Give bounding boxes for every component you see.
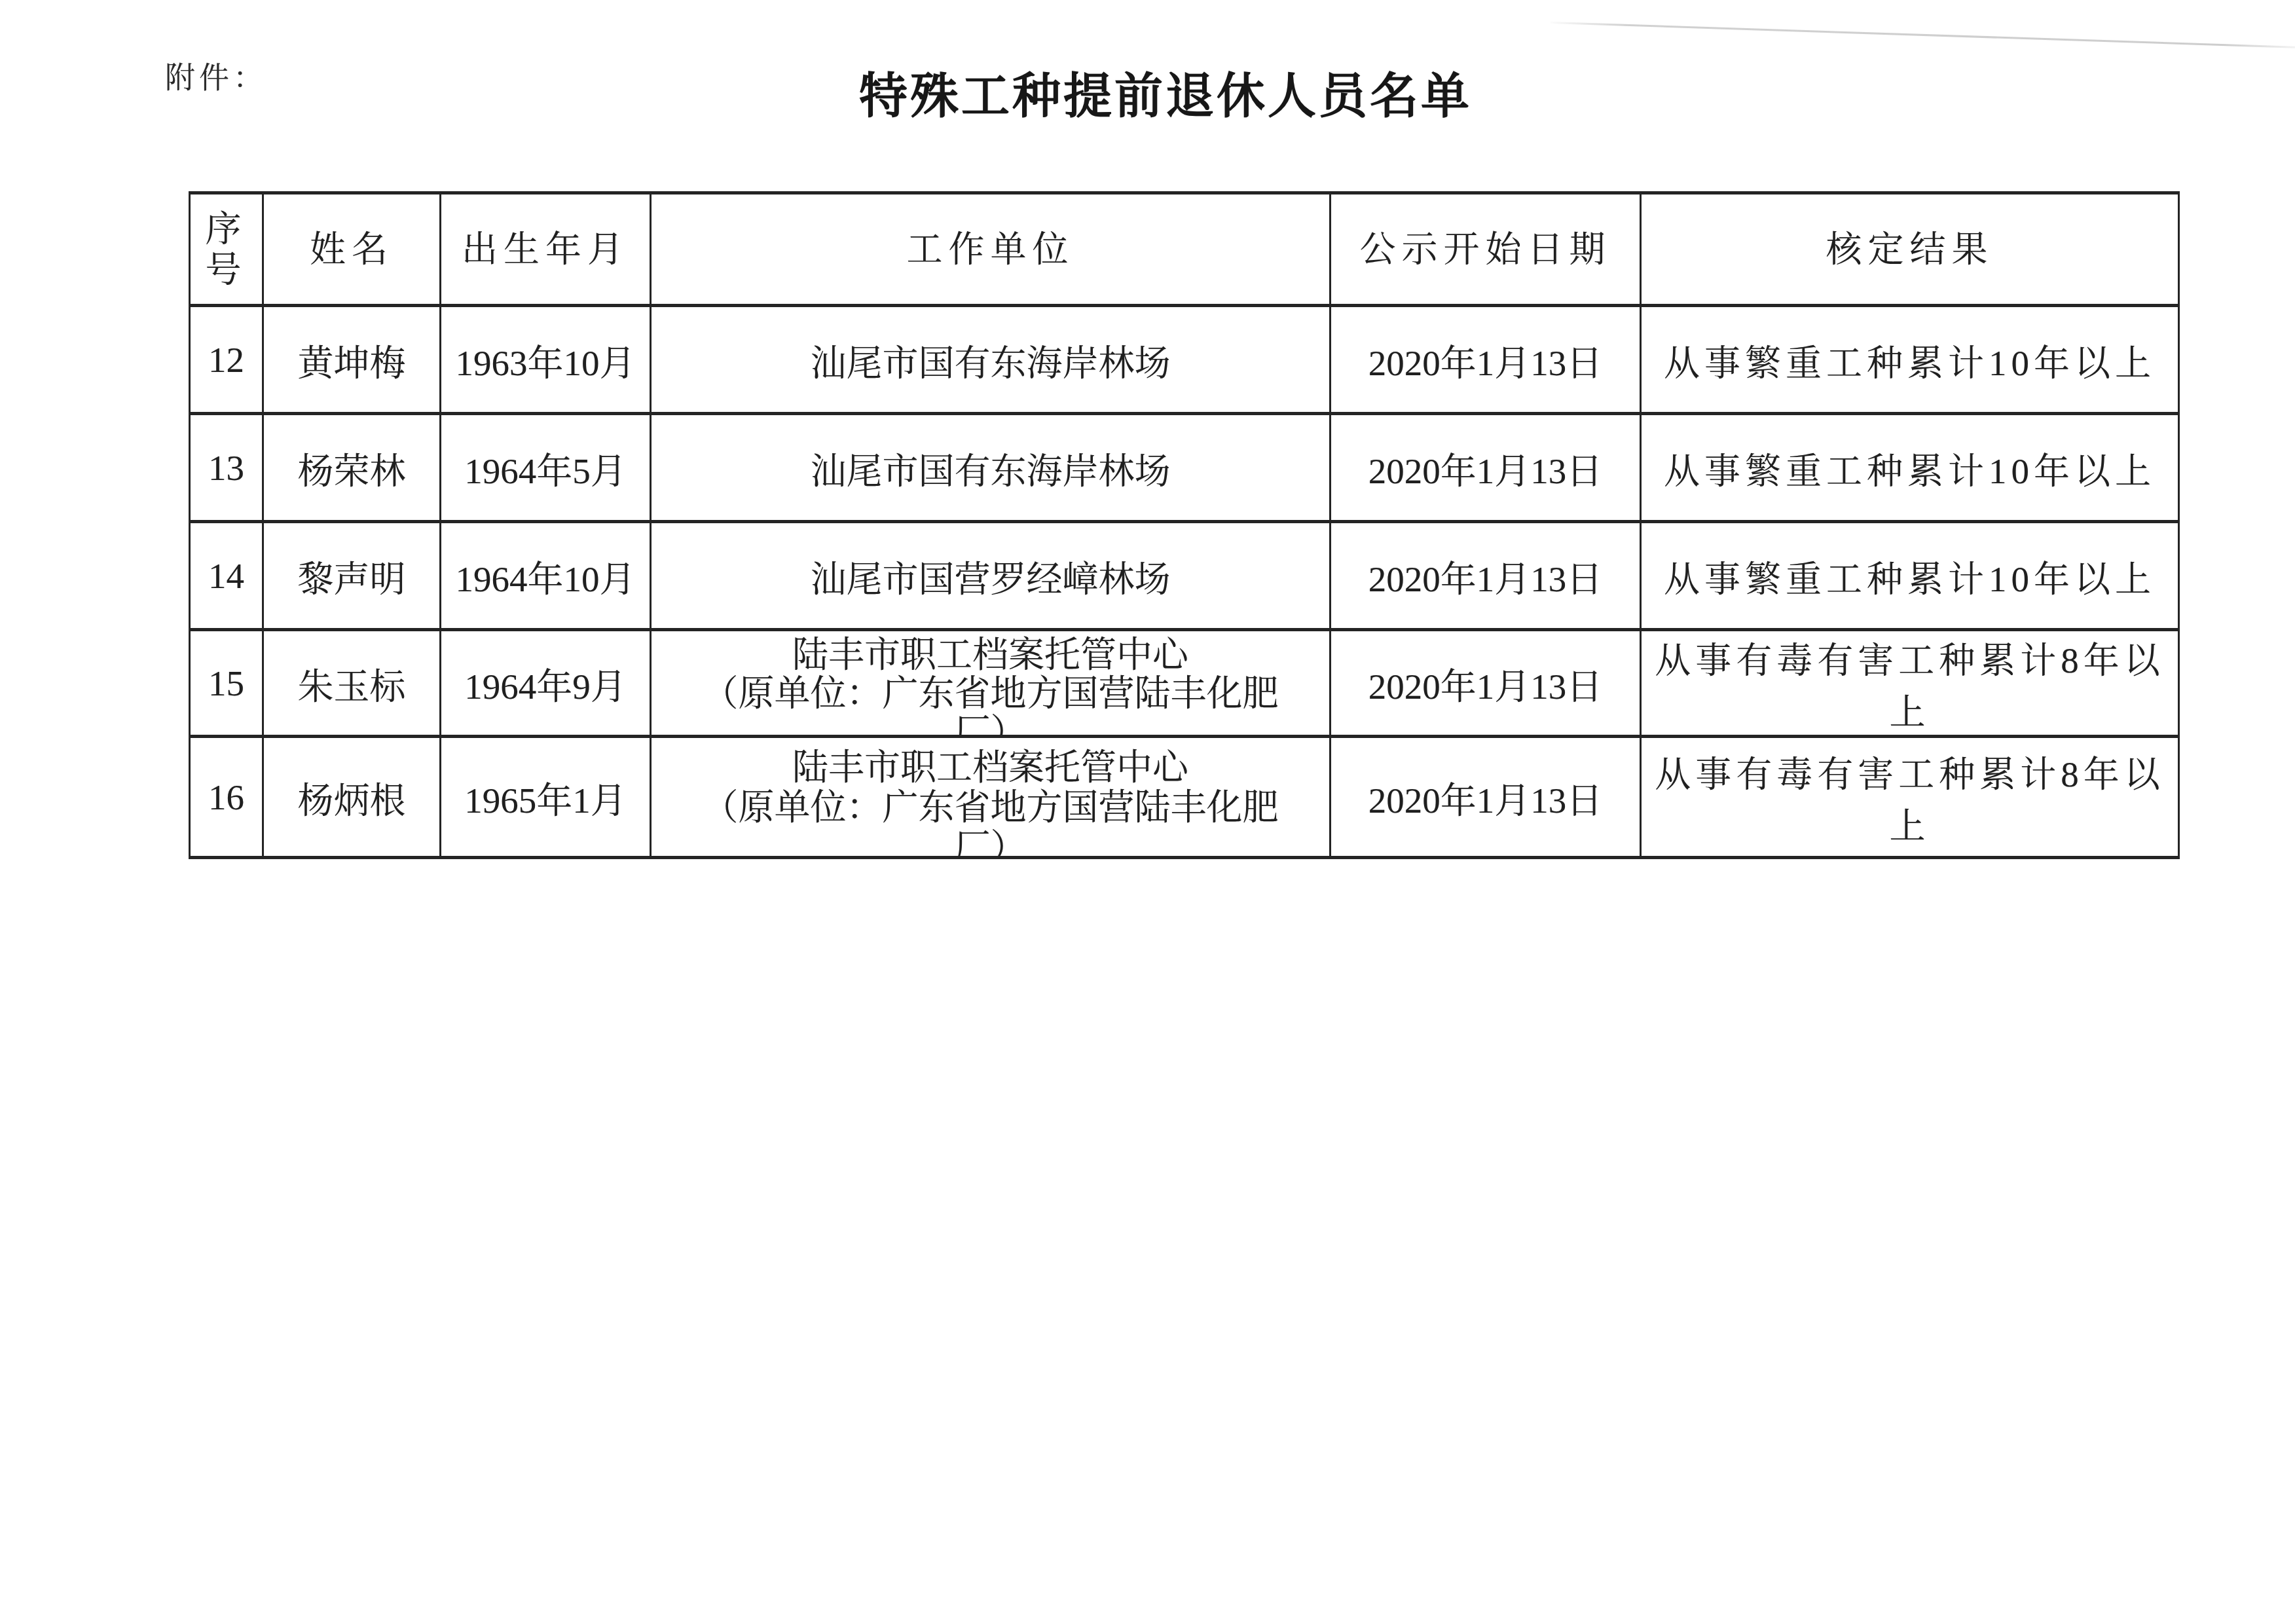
cell-unit: 陆丰市职工档案托管中心 （原单位：广东省地方国营陆丰化肥 厂） — [651, 737, 1331, 858]
table-header-row: 序号 姓名 出生年月 工作单位 公示开始日期 核定结果 — [190, 193, 2179, 306]
cell-birth: 1964年5月 — [441, 414, 651, 522]
page-title: 特殊工种提前退休人员名单 — [859, 58, 1472, 127]
cell-unit-text: 陆丰市职工档案托管中心 （原单位：广东省地方国营陆丰化肥 厂） — [657, 632, 1324, 735]
table-row: 13 杨荣林 1964年5月 汕尾市国有东海岸林场 2020年1月13日 从事繁… — [190, 414, 2179, 522]
cell-index: 14 — [190, 522, 263, 630]
cell-index: 15 — [190, 630, 263, 737]
cell-result: 从事有毒有害工种累计8年以上 — [1641, 630, 2179, 737]
cell-name: 黎声明 — [263, 522, 441, 630]
header-col-index: 序号 — [190, 193, 263, 306]
cell-publicity-date: 2020年1月13日 — [1331, 630, 1641, 737]
header-col-unit: 工作单位 — [651, 193, 1331, 306]
cell-name: 朱玉标 — [263, 630, 441, 737]
cell-index: 12 — [190, 306, 263, 414]
cell-unit: 汕尾市国有东海岸林场 — [651, 414, 1331, 522]
retirement-roster-table: 序号 姓名 出生年月 工作单位 公示开始日期 核定结果 12 黄坤梅 1963年… — [189, 191, 2180, 859]
cell-index: 13 — [190, 414, 263, 522]
scanned-document-page: 附件： 特殊工种提前退休人员名单 序号 姓名 出生年月 工作单位 公示开始日期 … — [0, 0, 2295, 1624]
header-col-result: 核定结果 — [1641, 193, 2179, 306]
cell-result: 从事有毒有害工种累计8年以上 — [1641, 737, 2179, 858]
scan-artifact-line — [1551, 22, 2295, 48]
cell-publicity-date: 2020年1月13日 — [1331, 414, 1641, 522]
table-row: 16 杨炳根 1965年1月 陆丰市职工档案托管中心 （原单位：广东省地方国营陆… — [190, 737, 2179, 858]
cell-result: 从事繁重工种累计10年以上 — [1641, 414, 2179, 522]
cell-birth: 1964年9月 — [441, 630, 651, 737]
header-col-publicity-date: 公示开始日期 — [1331, 193, 1641, 306]
cell-publicity-date: 2020年1月13日 — [1331, 306, 1641, 414]
cell-unit: 陆丰市职工档案托管中心 （原单位：广东省地方国营陆丰化肥 厂） — [651, 630, 1331, 737]
cell-name: 杨荣林 — [263, 414, 441, 522]
cell-result: 从事繁重工种累计10年以上 — [1641, 306, 2179, 414]
cell-birth: 1963年10月 — [441, 306, 651, 414]
cell-name: 黄坤梅 — [263, 306, 441, 414]
header-col-name: 姓名 — [263, 193, 441, 306]
table-row: 15 朱玉标 1964年9月 陆丰市职工档案托管中心 （原单位：广东省地方国营陆… — [190, 630, 2179, 737]
attachment-label: 附件： — [165, 54, 267, 97]
cell-publicity-date: 2020年1月13日 — [1331, 737, 1641, 858]
table-row: 14 黎声明 1964年10月 汕尾市国营罗经嶂林场 2020年1月13日 从事… — [190, 522, 2179, 630]
cell-birth: 1965年1月 — [441, 737, 651, 858]
cell-name: 杨炳根 — [263, 737, 441, 858]
cell-unit: 汕尾市国有东海岸林场 — [651, 306, 1331, 414]
table-row: 12 黄坤梅 1963年10月 汕尾市国有东海岸林场 2020年1月13日 从事… — [190, 306, 2179, 414]
cell-publicity-date: 2020年1月13日 — [1331, 522, 1641, 630]
header-col-birth: 出生年月 — [441, 193, 651, 306]
cell-birth: 1964年10月 — [441, 522, 651, 630]
cell-result: 从事繁重工种累计10年以上 — [1641, 522, 2179, 630]
cell-unit-text: 陆丰市职工档案托管中心 （原单位：广东省地方国营陆丰化肥 厂） — [657, 738, 1324, 856]
cell-unit: 汕尾市国营罗经嶂林场 — [651, 522, 1331, 630]
cell-index: 16 — [190, 737, 263, 858]
